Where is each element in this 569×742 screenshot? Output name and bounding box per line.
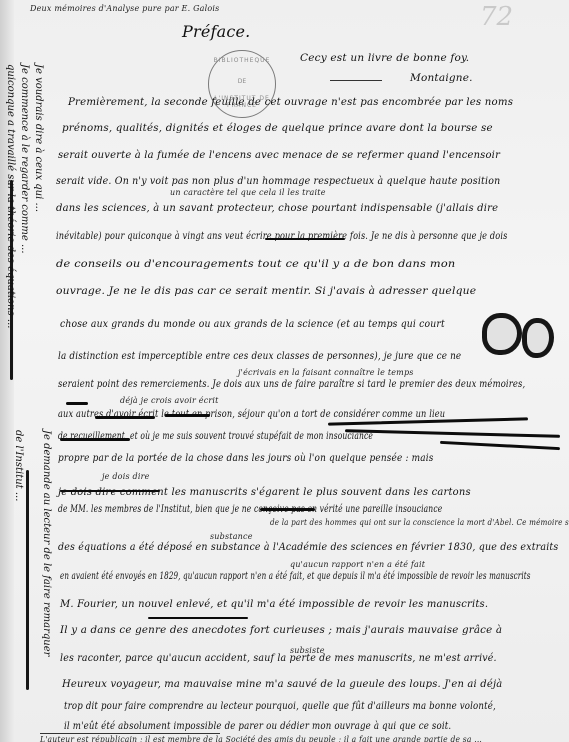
interlinear-note: je dois dire [102, 472, 150, 481]
header-line: Deux mémoires d'Analyse pure par E. Galo… [30, 4, 219, 13]
strikethrough [165, 414, 210, 417]
body-line: les raconter, parce qu'aucun accident, s… [60, 652, 497, 664]
strikethrough [265, 238, 345, 240]
interlinear-note: déjà je crois avoir écrit [120, 396, 219, 405]
margin-note: de l'Institut ... [13, 430, 24, 501]
margin-note: Je voudrais dire à ceux qui ... [33, 64, 44, 212]
body-line: Il y a dans ce genre des anecdotes fort … [60, 624, 502, 636]
strikethrough [345, 429, 560, 438]
ink-blot [482, 313, 522, 355]
strikethrough [260, 508, 315, 511]
strikethrough [440, 441, 560, 450]
body-line: de MM. les membres de l'Institut, bien q… [58, 503, 442, 515]
body-line: serait ouverte à la fumée de l'encens av… [58, 149, 500, 161]
epigraph-attribution: Montaigne. [410, 72, 473, 84]
body-line: dans les sciences, à un savant protecteu… [56, 202, 498, 214]
body-line: serait vide. On n'y voit pas non plus d'… [56, 175, 500, 187]
footnote-line: L'auteur est républicain ; il est membre… [40, 735, 482, 742]
margin-note: Je demande au lecteur de le faire remarq… [41, 430, 52, 656]
interlinear-note: j'écrivais en la faisant connaître le te… [238, 368, 414, 377]
body-line: seraient point des remerciements. Je doi… [58, 378, 525, 390]
interlinear-note: un caractère tel que cela il les traite [170, 188, 326, 197]
margin-note: quiconque a travaillé sur la théorie des… [5, 64, 16, 328]
stamp-middle-text: DE [209, 78, 275, 85]
body-line: Heureux voyageur, ma mauvaise mine m'a s… [62, 678, 502, 690]
manuscript-page: 72 Deux mémoires d'Analyse pure par E. G… [0, 0, 569, 742]
preface-title: Préface. [182, 22, 250, 41]
body-line: chose aux grands du monde ou aux grands … [60, 318, 445, 330]
folio-number: 72 [480, 2, 513, 32]
body-line: la distinction est imperceptible entre c… [58, 350, 461, 362]
body-line-insert: de la part des hommes qui ont sur la con… [270, 518, 569, 527]
body-line: je dois dire comment les manuscrits s'ég… [58, 486, 471, 498]
body-line: ouvrage. Je ne le dis pas car ce serait … [56, 285, 476, 297]
footnote-rule [40, 733, 220, 734]
body-line: de conseils ou d'encouragements tout ce … [56, 258, 455, 270]
strikethrough [60, 490, 160, 492]
body-line: des équations a été déposé en substance … [58, 541, 558, 553]
body-line: prénoms, qualités, dignités et éloges de… [62, 122, 493, 134]
body-line: trop dit pour faire comprendre au lecteu… [64, 700, 496, 712]
body-line: M. Fourier, un nouvel enlevé, et qu'il m… [60, 598, 488, 610]
body-line: Premièrement, la seconde feuille de cet … [68, 96, 513, 108]
margin-note: Je commence à le regarder comme ... [19, 64, 30, 254]
body-line: propre par de la portée de la chose dans… [58, 452, 434, 464]
ink-blot [522, 318, 554, 358]
epigraph-rule [330, 80, 382, 81]
body-line: en avaient été envoyés en 1829, qu'aucun… [60, 570, 531, 582]
strikethrough [95, 416, 155, 419]
interlinear-note: qu'aucun rapport n'en a été fait [290, 560, 425, 569]
stamp-top-text: BIBLIOTHEQUE [209, 57, 275, 64]
interlinear-note: substance [210, 532, 253, 541]
body-line: inévitable) pour quiconque à vingt ans v… [56, 230, 508, 242]
strikethrough [148, 617, 248, 619]
body-line: il m'eût été absolument impossible de pa… [64, 720, 451, 732]
strikethrough [60, 438, 130, 441]
strikethrough [66, 402, 88, 405]
epigraph-text: Cecy est un livre de bonne foy. [300, 52, 469, 64]
margin-bar [26, 470, 29, 690]
